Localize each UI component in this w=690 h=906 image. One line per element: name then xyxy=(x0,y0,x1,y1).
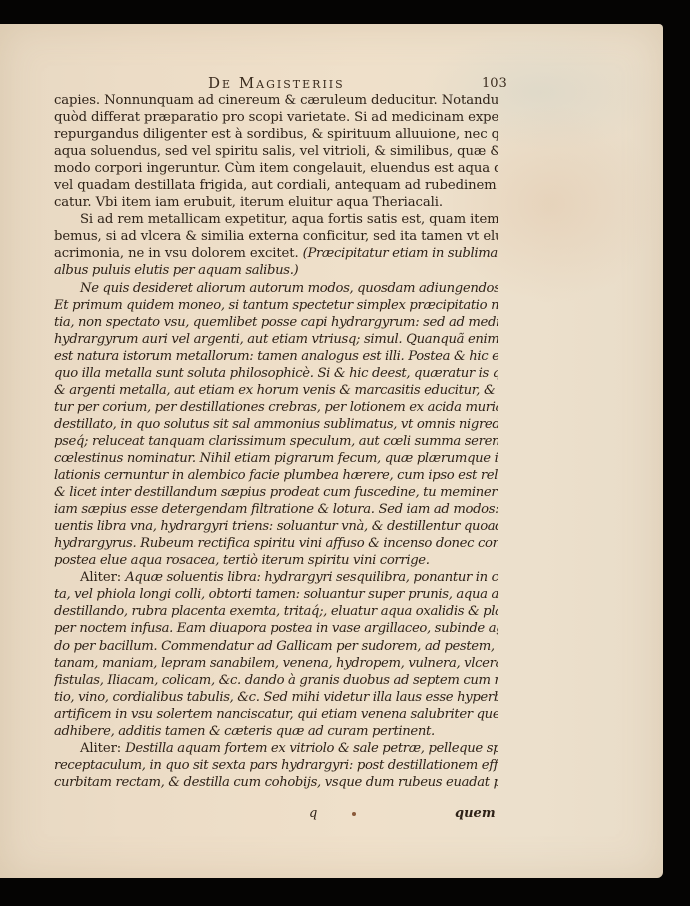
text-line: capies. Nonnunquam ad cinereum & cæruleu… xyxy=(54,92,498,109)
text-line: uentis libra vna, hydrargyri triens: sol… xyxy=(54,518,498,535)
text-line: quòd differat præparatio pro scopi varie… xyxy=(54,109,498,126)
text-line: artificem in vsu solertem nanciscatur, q… xyxy=(54,706,498,723)
text-line: fistulas, Iliacam, colicam, &c. dando à … xyxy=(54,672,498,689)
running-title: De Magisteriis xyxy=(208,74,345,92)
text-line: ta, vel phiola longi colli, obtorti tame… xyxy=(54,586,498,603)
text-line: aqua soluendus, sed vel spiritu salis, v… xyxy=(54,143,498,160)
text-line: Aliter: Aquæ soluentis libra: hydrargyri… xyxy=(54,569,498,586)
text-line: & argenti metalla, aut etiam ex horum ve… xyxy=(54,382,498,399)
book-page: De Magisteriis 103 capies. Nonnunquam ad… xyxy=(0,24,663,878)
text-line: vel quadam destillata frigida, aut cordi… xyxy=(54,177,498,194)
text-line: destillando, rubra placenta exemta, trit… xyxy=(54,603,498,620)
text-line: cœlestinus nominatur. Nihil etiam pigrar… xyxy=(54,450,498,467)
text-line: pseq́; reluceat tanquam clarissimum spec… xyxy=(54,433,498,450)
text-line: per noctem infusa. Eam diuapora postea i… xyxy=(54,620,498,637)
text-line: iam sæpius esse detergendam filtratione … xyxy=(54,501,498,518)
text-line: albus puluis elutis per aquam salibus.) xyxy=(54,262,498,279)
text-line: est natura istorum metallorum: tamen ana… xyxy=(54,348,498,365)
text-line: curbitam rectam, & destilla cum cohobijs… xyxy=(54,774,498,791)
text-line: & licet inter destillandum sæpius prodea… xyxy=(54,484,498,501)
page-footer: q quem xyxy=(0,806,663,824)
text-line: bemus, si ad vlcera & similia externa co… xyxy=(54,228,498,245)
text-line: postea elue aqua rosacea, tertiò iterum … xyxy=(54,552,498,569)
text-line: Aliter: Destilla aquam fortem ex vitriol… xyxy=(54,740,498,757)
text-line: acrimonia, ne in vsu dolorem excitet. (P… xyxy=(54,245,498,262)
text-line: tanam, maniam, lepram sanabilem, venena,… xyxy=(54,655,498,672)
text-line: modo corpori ingeruntur. Cùm item congel… xyxy=(54,160,498,177)
text-line: quo illa metalla sunt soluta philosophic… xyxy=(54,365,498,382)
text-line: do per bacillum. Commendatur ad Gallicam… xyxy=(54,638,498,655)
text-line: destillato, in quo solutus sit sal ammon… xyxy=(54,416,498,433)
text-line: tio, vino, cordialibus tabulis, &c. Sed … xyxy=(54,689,498,706)
text-line: receptaculum, in quo sit sexta pars hydr… xyxy=(54,757,498,774)
text-line: tur per corium, per destillationes crebr… xyxy=(54,399,498,416)
text-line: tia, non spectato vsu, quemlibet posse c… xyxy=(54,314,498,331)
body-text: capies. Nonnunquam ad cinereum & cæruleu… xyxy=(54,92,498,791)
text-line: Ne quis desideret aliorum autorum modos,… xyxy=(54,280,498,297)
ink-spot xyxy=(352,812,356,816)
text-line: hydrargyrus. Rubeum rectifica spiritu vi… xyxy=(54,535,498,552)
text-line: Et primum quidem moneo, si tantum specte… xyxy=(54,297,498,314)
text-line: lationis cernuntur in alembico facie plu… xyxy=(54,467,498,484)
catchword: quem xyxy=(455,806,496,821)
text-line: adhibere, additis tamen & cæteris quæ ad… xyxy=(54,723,498,740)
text-line: repurgandus diligenter est à sordibus, &… xyxy=(54,126,498,143)
signature-mark: q xyxy=(309,806,317,821)
page-number: 103 xyxy=(482,76,507,91)
text-line: Si ad rem metallicam expetitur, aqua for… xyxy=(54,211,498,228)
text-line: catur. Vbi item iam erubuit, iterum elui… xyxy=(54,194,498,211)
text-line: hydrargyrum auri vel argenti, aut etiam … xyxy=(54,331,498,348)
page-header: De Magisteriis 103 xyxy=(0,74,663,94)
